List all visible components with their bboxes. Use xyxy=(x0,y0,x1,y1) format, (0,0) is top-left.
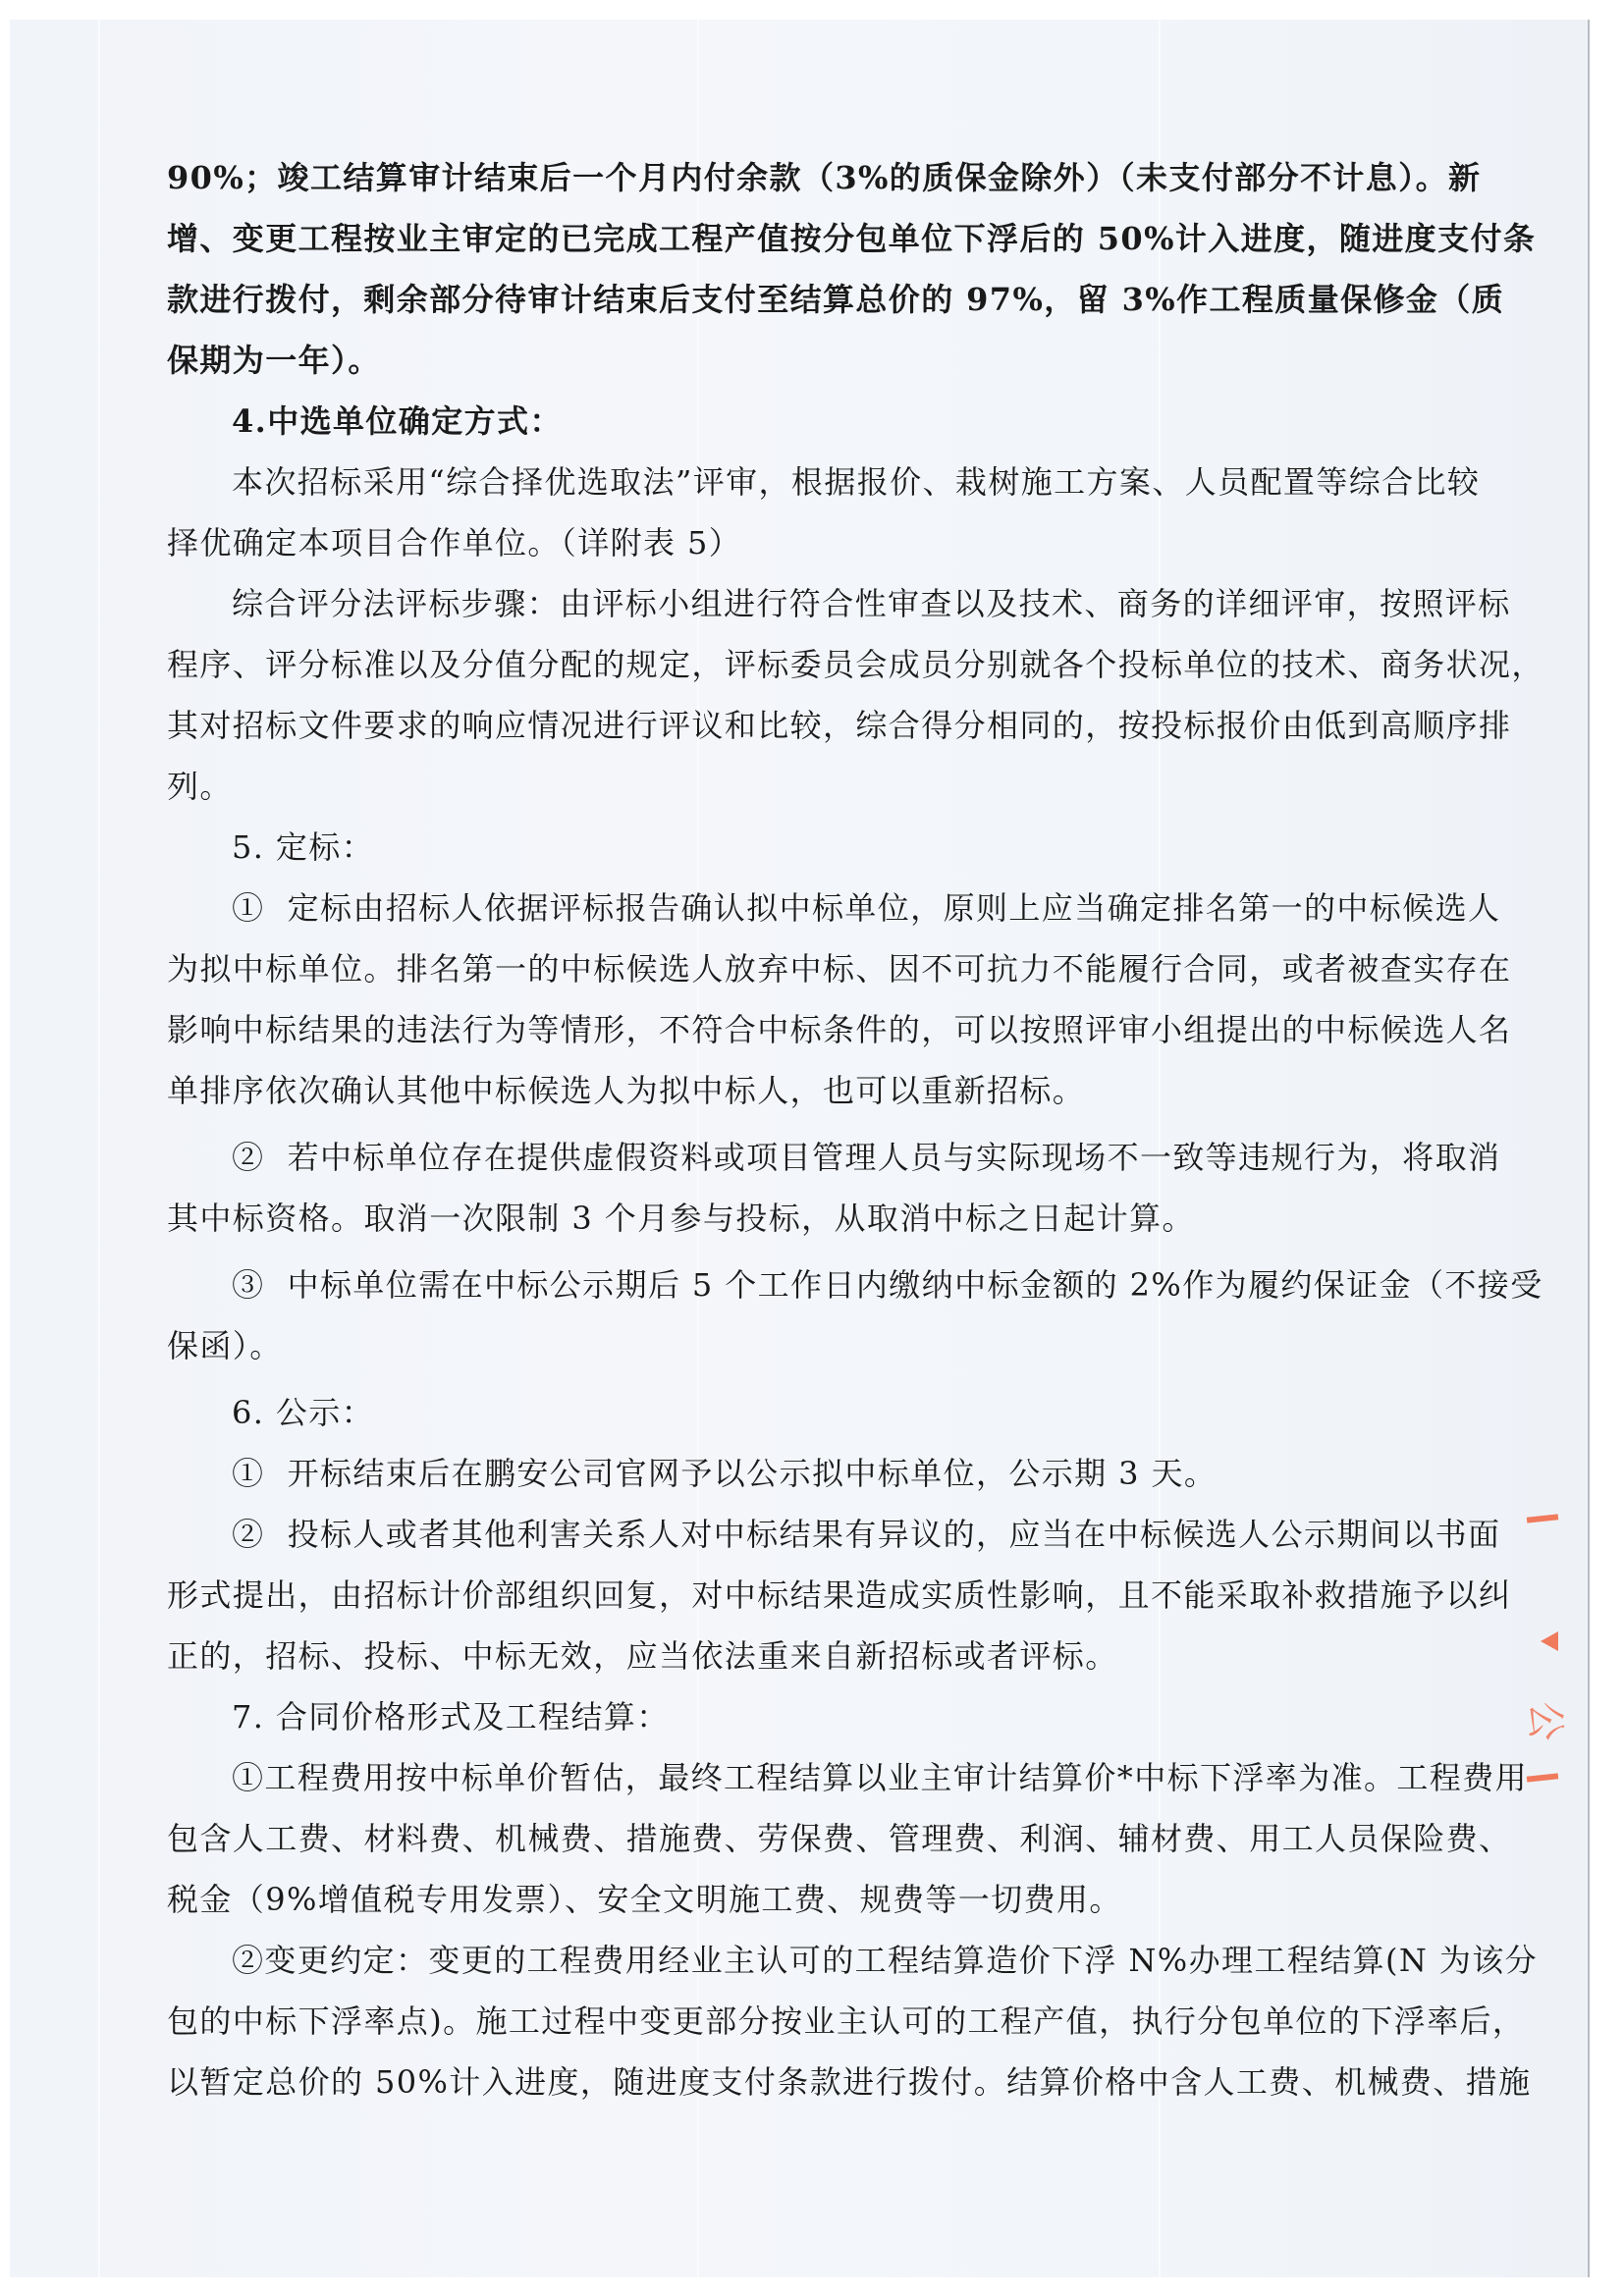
text-line: 本次招标采用“综合择优选取法”评审，根据报价、栽树施工方案、人员配置等综合比较 xyxy=(167,452,1512,512)
section-6: 6. 公示： ① 开标结束后在鹏安公司官网予以公示拟中标单位，公示期 3 天。 … xyxy=(167,1382,1512,1686)
text-span: 中标单位需在中标公示期后 5 个工作日内缴纳中标金额的 2%作为履约保证金（不接… xyxy=(288,1266,1543,1304)
text-line: 包的中标下浮率点)。施工过程中变更部分按业主认可的工程产值，执行分包单位的下浮率… xyxy=(167,1991,1512,2052)
text-span: 投标人或者其他利害关系人对中标结果有异议的，应当在中标候选人公示期间以书面 xyxy=(288,1516,1501,1553)
text-line: ①工程费用按中标单价暂估，最终工程结算以业主审计结算价*中标下浮率为准。工程费用 xyxy=(167,1747,1512,1808)
text-line: 其中标资格。取消一次限制 3 个月参与投标，从取消中标之日起计算。 xyxy=(167,1188,1512,1249)
stamp-border xyxy=(1527,1514,1558,1522)
list-item: ① 定标由招标人依据评标报告确认拟中标单位，原则上应当确定排名第一的中标候选人 … xyxy=(167,878,1512,1121)
circled-number: ② xyxy=(232,1516,264,1553)
section-heading: 6. 公示： xyxy=(167,1382,1512,1443)
text-line: 增、变更工程按业主审定的已完成工程产值按分包单位下浮后的 50%计入进度，随进度… xyxy=(167,208,1512,269)
section-7: 7. 合同价格形式及工程结算： ①工程费用按中标单价暂估，最终工程结算以业主审计… xyxy=(167,1686,1512,2112)
text-line: ② 投标人或者其他利害关系人对中标结果有异议的，应当在中标候选人公示期间以书面 xyxy=(167,1504,1512,1565)
text-line: ① 开标结束后在鹏安公司官网予以公示拟中标单位，公示期 3 天。 xyxy=(167,1443,1512,1504)
text-line: 择优确定本项目合作单位。（详附表 5） xyxy=(167,512,1512,573)
text-line: 程序、评分标准以及分值分配的规定，评标委员会成员分别就各个投标单位的技术、商务状… xyxy=(167,634,1512,695)
text-line: 综合评分法评标步骤：由评标小组进行符合性审查以及技术、商务的详细评审，按照评标 xyxy=(167,573,1512,634)
text-line: 保期为一年）。 xyxy=(167,330,1512,391)
document-body: 90%；竣工结算审计结束后一个月内付余款（3%的质保金除外）（未支付部分不计息）… xyxy=(167,147,1512,2112)
text-line: 影响中标结果的违法行为等情形，不符合中标条件的，可以按照评审小组提出的中标候选人… xyxy=(167,999,1512,1060)
circled-number: ① xyxy=(232,1455,264,1492)
list-item: ② 若中标单位存在提供虚假资料或项目管理人员与实际现场不一致等违规行为，将取消 … xyxy=(167,1127,1512,1249)
text-line: ②变更约定：变更的工程费用经业主认可的工程结算造价下浮 N%办理工程结算(N 为… xyxy=(167,1930,1512,1991)
text-line: 以暂定总价的 50%计入进度，随进度支付条款进行拨付。结算价格中含人工费、机械费… xyxy=(167,2052,1512,2112)
circled-number: ① xyxy=(232,889,264,927)
text-line: 其对招标文件要求的响应情况进行评议和比较，综合得分相同的，按投标报价由低到高顺序… xyxy=(167,695,1512,756)
stamp-glyph: 公 xyxy=(1521,1702,1577,1741)
text-line: 列。 xyxy=(167,756,1512,817)
text-line: ① 定标由招标人依据评标报告确认拟中标单位，原则上应当确定排名第一的中标候选人 xyxy=(167,878,1512,938)
list-item: ② 投标人或者其他利害关系人对中标结果有异议的，应当在中标候选人公示期间以书面 … xyxy=(167,1504,1512,1686)
text-line: 款进行拨付，剩余部分待审计结束后支付至结算总价的 97%，留 3%作工程质量保修… xyxy=(167,269,1512,330)
text-line: 形式提出，由招标计价部组织回复，对中标结果造成实质性影响，且不能采取补救措施予以… xyxy=(167,1565,1512,1626)
section-heading: 7. 合同价格形式及工程结算： xyxy=(167,1686,1512,1747)
text-line: ③ 中标单位需在中标公示期后 5 个工作日内缴纳中标金额的 2%作为履约保证金（… xyxy=(167,1255,1512,1315)
list-item: ②变更约定：变更的工程费用经业主认可的工程结算造价下浮 N%办理工程结算(N 为… xyxy=(167,1930,1512,2112)
text-line: 单排序依次确认其他中标候选人为拟中标人，也可以重新招标。 xyxy=(167,1060,1512,1121)
text-line: 为拟中标单位。排名第一的中标候选人放弃中标、因不可抗力不能履行合同，或者被查实存… xyxy=(167,938,1512,999)
text-line: 正的，招标、投标、中标无效，应当依法重来自新招标或者评标。 xyxy=(167,1626,1512,1686)
section-5: 5. 定标： ① 定标由招标人依据评标报告确认拟中标单位，原则上应当确定排名第一… xyxy=(167,817,1512,1376)
red-seal-stamp: 公 xyxy=(1527,1512,1586,1806)
text-line: ② 若中标单位存在提供虚假资料或项目管理人员与实际现场不一致等违规行为，将取消 xyxy=(167,1127,1512,1188)
section-4: 4.中选单位确定方式： 本次招标采用“综合择优选取法”评审，根据报价、栽树施工方… xyxy=(167,391,1512,817)
text-span: 若中标单位存在提供虚假资料或项目管理人员与实际现场不一致等违规行为，将取消 xyxy=(288,1139,1501,1176)
paper-crease xyxy=(98,20,100,2277)
stamp-border xyxy=(1527,1773,1558,1782)
text-line: 包含人工费、材料费、机械费、措施费、劳保费、管理费、利润、辅材费、用工人员保险费… xyxy=(167,1808,1512,1869)
continuation-paragraph: 90%；竣工结算审计结束后一个月内付余款（3%的质保金除外）（未支付部分不计息）… xyxy=(167,147,1512,391)
section-heading: 5. 定标： xyxy=(167,817,1512,878)
stamp-mark xyxy=(1541,1631,1558,1651)
circled-number: ② xyxy=(232,1139,264,1176)
text-line: 保函）。 xyxy=(167,1315,1512,1376)
section-heading: 4.中选单位确定方式： xyxy=(167,391,1512,452)
text-line: 税金（9%增值税专用发票）、安全文明施工费、规费等一切费用。 xyxy=(167,1869,1512,1930)
text-line: 90%；竣工结算审计结束后一个月内付余款（3%的质保金除外）（未支付部分不计息）… xyxy=(167,147,1512,208)
text-span: 开标结束后在鹏安公司官网予以公示拟中标单位，公示期 3 天。 xyxy=(288,1455,1218,1492)
list-item: ③ 中标单位需在中标公示期后 5 个工作日内缴纳中标金额的 2%作为履约保证金（… xyxy=(167,1255,1512,1376)
list-item: ① 开标结束后在鹏安公司官网予以公示拟中标单位，公示期 3 天。 xyxy=(167,1443,1512,1504)
list-item: ①工程费用按中标单价暂估，最终工程结算以业主审计结算价*中标下浮率为准。工程费用… xyxy=(167,1747,1512,1930)
text-span: 定标由招标人依据评标报告确认拟中标单位，原则上应当确定排名第一的中标候选人 xyxy=(288,889,1501,927)
circled-number: ③ xyxy=(232,1266,264,1304)
